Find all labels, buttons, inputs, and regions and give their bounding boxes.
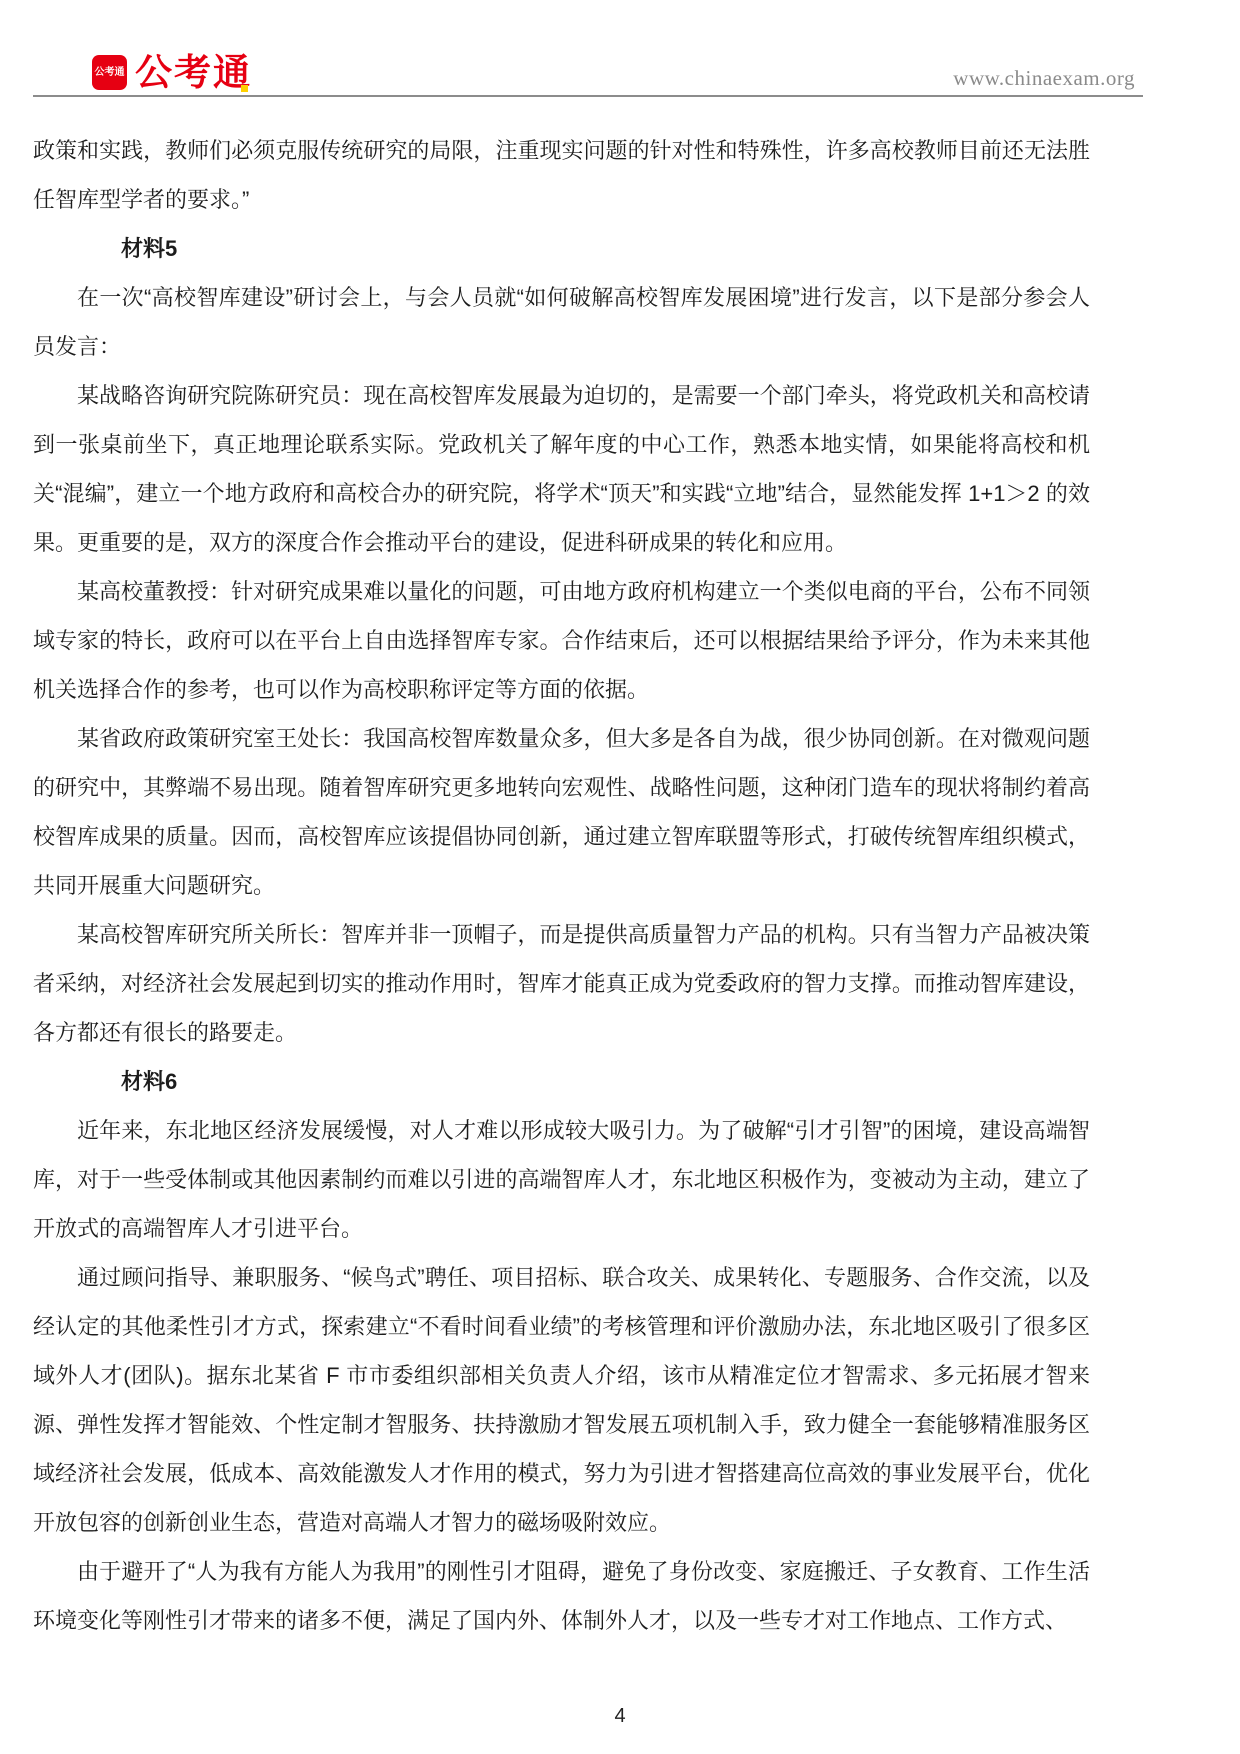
brand-logo: 公考通 公考通: [92, 54, 252, 91]
brand-logo-icon: 公考通: [92, 55, 127, 90]
paragraph: 某战略咨询研究院陈研究员：现在高校智库发展最为迫切的，是需要一个部门牵头，将党政…: [33, 371, 1090, 567]
paragraph: 近年来，东北地区经济发展缓慢，对人才难以形成较大吸引力。为了破解“引才引智”的困…: [33, 1106, 1090, 1253]
paragraph: 某高校智库研究所关所长：智库并非一顶帽子，而是提供高质量智力产品的机构。只有当智…: [33, 910, 1090, 1057]
brand-wordmark: 公考通: [135, 54, 252, 91]
material-5-heading: 材料5: [33, 224, 1090, 273]
paragraph: 政策和实践，教师们必须克服传统研究的局限，注重现实问题的针对性和特殊性，许多高校…: [33, 126, 1090, 224]
brand-wordmark-text: 公考通: [135, 52, 252, 93]
page-header: 公考通 公考通 www.chinaexam.org: [0, 0, 1240, 97]
website-url: www.chinaexam.org: [953, 66, 1135, 91]
paragraph: 由于避开了“人为我有方能人为我用”的刚性引才阻碍，避免了身份改变、家庭搬迁、子女…: [33, 1547, 1090, 1645]
brand-accent-dot: [241, 85, 248, 92]
document-body: 政策和实践，教师们必须克服传统研究的局限，注重现实问题的针对性和特殊性，许多高校…: [33, 97, 1090, 1645]
paragraph: 在一次“高校智库建设”研讨会上，与会人员就“如何破解高校智库发展困境”进行发言，…: [33, 273, 1090, 371]
header-divider: [33, 95, 1143, 97]
page-number: 4: [0, 1705, 1240, 1728]
paragraph: 某高校董教授：针对研究成果难以量化的问题，可由地方政府机构建立一个类似电商的平台…: [33, 567, 1090, 714]
paragraph: 某省政府政策研究室王处长：我国高校智库数量众多，但大多是各自为战，很少协同创新。…: [33, 714, 1090, 910]
paragraph: 通过顾问指导、兼职服务、“候鸟式”聘任、项目招标、联合攻关、成果转化、专题服务、…: [33, 1253, 1090, 1547]
material-6-heading: 材料6: [33, 1057, 1090, 1106]
